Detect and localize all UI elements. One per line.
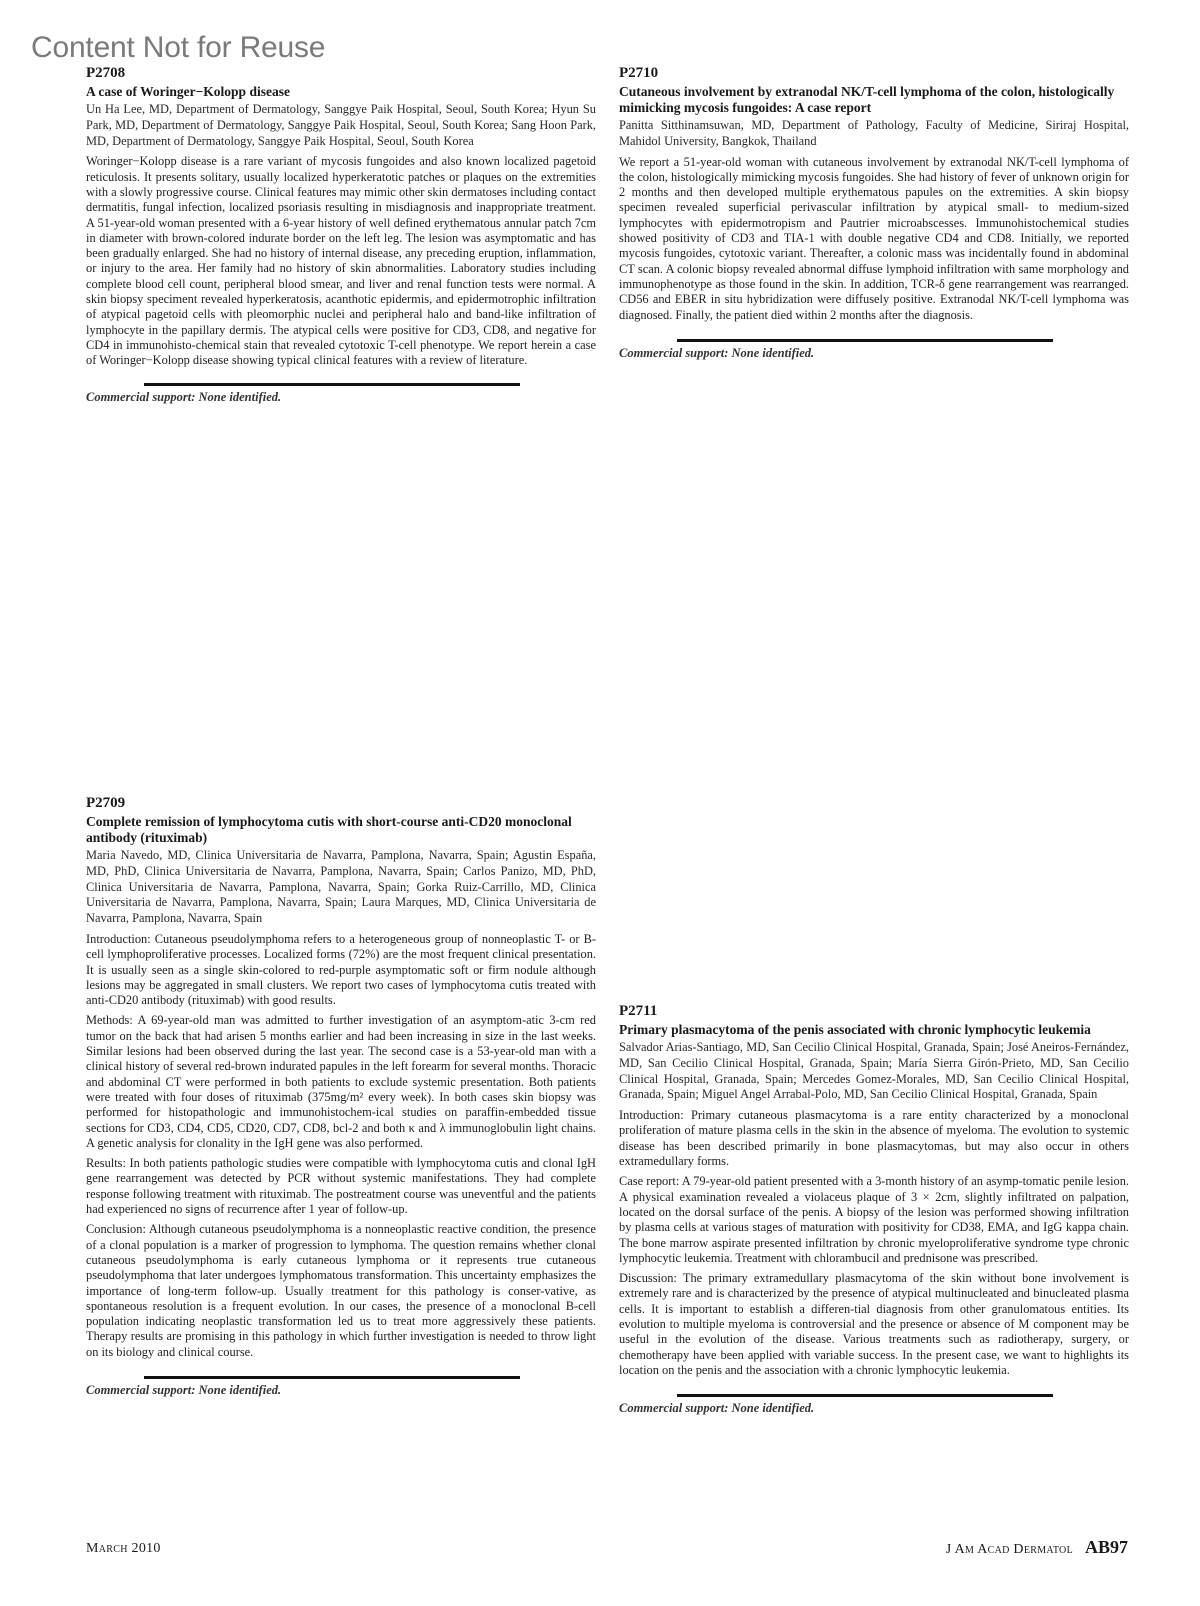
divider: [677, 339, 1053, 342]
abstract-authors: Maria Navedo, MD, Clinica Universitaria …: [86, 848, 596, 927]
commercial-support: Commercial support: None identified.: [619, 345, 1129, 361]
abstract-title: Complete remission of lymphocytoma cutis…: [86, 814, 596, 846]
commercial-support: Commercial support: None identified.: [86, 389, 596, 405]
commercial-support: Commercial support: None identified.: [619, 1400, 1129, 1416]
divider: [677, 1394, 1053, 1397]
abstract-id: P2710: [619, 64, 1129, 82]
watermark: Content Not for Reuse: [31, 30, 325, 66]
journal-name: J Am Acad Dermatol: [946, 1542, 1073, 1558]
abstract-body: We report a 51-year-old woman with cutan…: [619, 155, 1129, 323]
abstract-introduction: Introduction: Cutaneous pseudolymphoma r…: [86, 932, 596, 1008]
abstract-id: P2711: [619, 1002, 1129, 1020]
divider: [144, 1376, 520, 1379]
abstract-title: A case of Woringer−Kolopp disease: [86, 84, 596, 100]
abstract-discussion: Discussion: The primary extramedullary p…: [619, 1271, 1129, 1378]
abstract-p2711: P2711 Primary plasmacytoma of the penis …: [619, 1002, 1129, 1416]
abstract-body: Woringer−Kolopp disease is a rare varian…: [86, 154, 596, 368]
abstract-title: Primary plasmacytoma of the penis associ…: [619, 1022, 1129, 1038]
abstract-p2709: P2709 Complete remission of lymphocytoma…: [86, 794, 596, 1398]
abstract-p2710: P2710 Cutaneous involvement by extranoda…: [619, 64, 1129, 361]
abstract-authors: Un Ha Lee, MD, Department of Dermatology…: [86, 102, 596, 149]
abstract-id: P2709: [86, 794, 596, 812]
footer-date: March 2010: [86, 1541, 161, 1557]
abstract-case-report: Case report: A 79-year-old patient prese…: [619, 1174, 1129, 1266]
abstract-methods: Methods: A 69-year-old man was admitted …: [86, 1013, 596, 1151]
abstract-introduction: Introduction: Primary cutaneous plasmacy…: [619, 1108, 1129, 1169]
footer-journal-info: J Am Acad Dermatol AB97: [946, 1537, 1128, 1558]
abstract-results: Results: In both patients pathologic stu…: [86, 1156, 596, 1217]
abstract-authors: Salvador Arias-Santiago, MD, San Cecilio…: [619, 1040, 1129, 1103]
abstract-p2708: P2708 A case of Woringer−Kolopp disease …: [86, 64, 596, 405]
commercial-support: Commercial support: None identified.: [86, 1382, 596, 1398]
abstract-conclusion: Conclusion: Although cutaneous pseudolym…: [86, 1222, 596, 1360]
abstract-id: P2708: [86, 64, 596, 82]
divider: [144, 383, 520, 386]
abstract-title: Cutaneous involvement by extranodal NK/T…: [619, 84, 1129, 116]
page-number: AB97: [1085, 1537, 1128, 1558]
abstract-authors: Panitta Sitthinamsuwan, MD, Department o…: [619, 118, 1129, 150]
